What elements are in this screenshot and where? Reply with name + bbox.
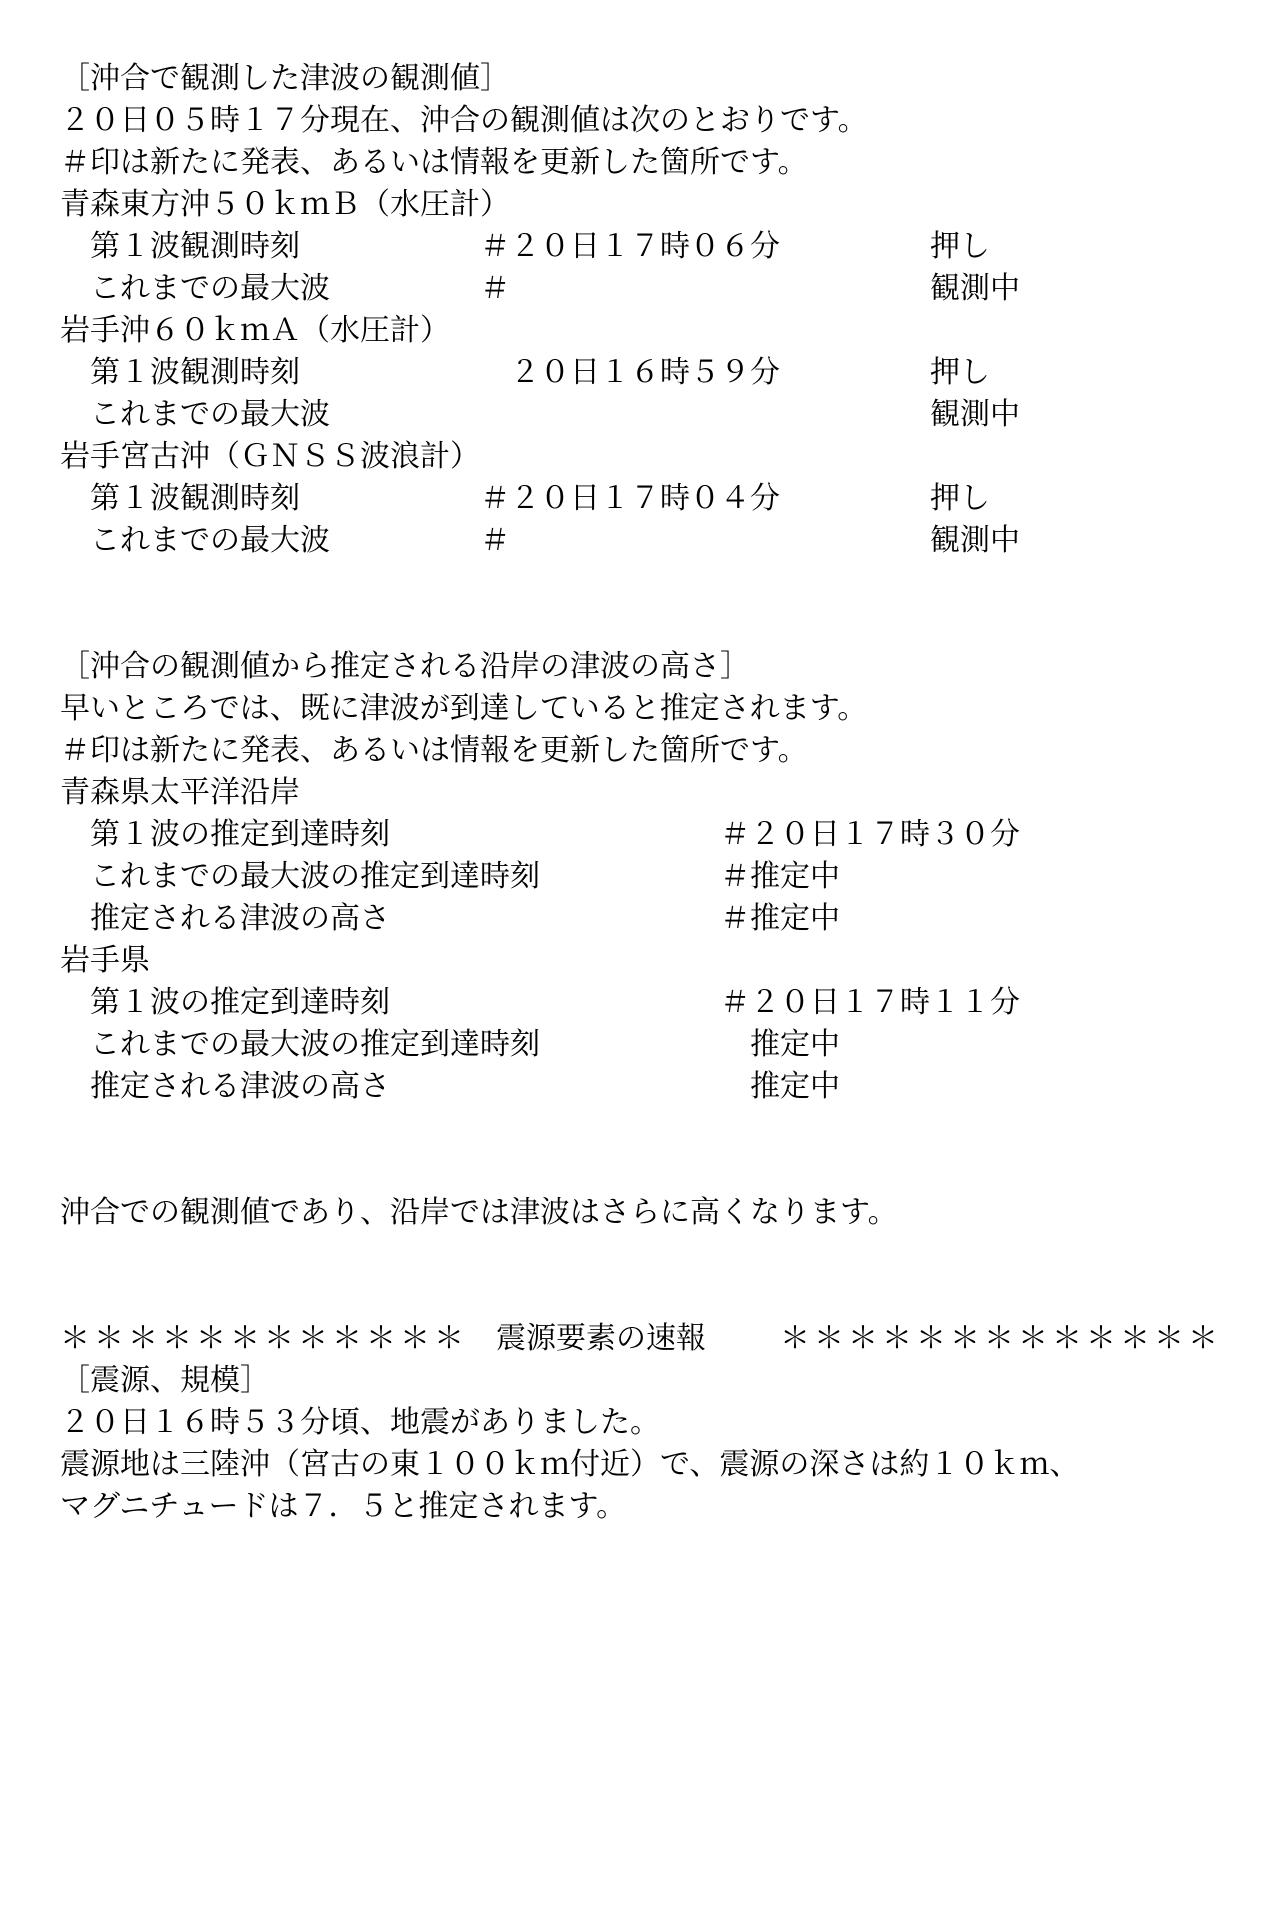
tsunami-height-estimate-row: 推定される津波の高さ ＃推定中: [60, 898, 1280, 940]
first-wave-arrival-estimate-row: 第１波の推定到達時刻 ＃２０日１７時３０分: [60, 814, 1280, 856]
tsunami-bulletin-document: ［沖合で観測した津波の観測値］２０日０５時１７分現在、沖合の観測値は次のとおりで…: [0, 0, 1280, 1920]
region-header-aomori-pacific-coast: 青森県太平洋沿岸: [60, 772, 1280, 814]
max-wave-arrival-estimate-row: これまでの最大波の推定到達時刻 ＃推定中: [60, 856, 1280, 898]
offshore-caution-note-line: 沖合での観測値であり、沿岸では津波はさらに高くなります。: [60, 1192, 1280, 1234]
hash-note-line: ＃印は新たに発表、あるいは情報を更新した箇所です。: [60, 730, 1280, 772]
estimated-coastal-height-section-title: ［沖合の観測値から推定される沿岸の津波の高さ］: [60, 646, 1280, 688]
blank-line: [60, 1234, 1280, 1276]
hash-note-line: ＃印は新たに発表、あるいは情報を更新した箇所です。: [60, 142, 1280, 184]
arrival-estimate-note-line: 早いところでは、既に津波が到達していると推定されます。: [60, 688, 1280, 730]
first-wave-observation-row: 第１波観測時刻 ＃２０日１７時０６分 押し: [60, 226, 1280, 268]
blank-line: [60, 1150, 1280, 1192]
offshore-observations-section-title: ［沖合で観測した津波の観測値］: [60, 58, 1280, 100]
hypocenter-section-title: ［震源、規模］: [60, 1360, 1280, 1402]
max-wave-observation-row: これまでの最大波 ＃ 観測中: [60, 268, 1280, 310]
station-header-iwate-miyako-oki: 岩手宮古沖（ＧＮＳＳ波浪計）: [60, 436, 1280, 478]
max-wave-observation-row: これまでの最大波 観測中: [60, 394, 1280, 436]
station-header-aomori-toho-oki: 青森東方沖５０ｋｍＢ（水圧計）: [60, 184, 1280, 226]
first-wave-observation-row: 第１波観測時刻 ＃２０日１７時０４分 押し: [60, 478, 1280, 520]
bulletin-page: ［沖合で観測した津波の観測値］２０日０５時１７分現在、沖合の観測値は次のとおりで…: [0, 0, 1280, 1920]
first-wave-arrival-estimate-row: 第１波の推定到達時刻 ＃２０日１７時１１分: [60, 982, 1280, 1024]
asterisk-divider-left: ＊＊＊＊＊＊＊＊＊＊＊＊: [60, 1322, 468, 1355]
station-header-iwate-oki: 岩手沖６０ｋｍＡ（水圧計）: [60, 310, 1280, 352]
earthquake-occurrence-line: ２０日１６時５３分頃、地震がありました。: [60, 1402, 1280, 1444]
region-header-iwate: 岩手県: [60, 940, 1280, 982]
max-wave-observation-row: これまでの最大波 ＃ 観測中: [60, 520, 1280, 562]
hypocenter-banner: ＊＊＊＊＊＊＊＊＊＊＊＊震源要素の速報＊＊＊＊＊＊＊＊＊＊＊＊＊: [60, 1318, 1280, 1360]
tsunami-height-estimate-row: 推定される津波の高さ 推定中: [60, 1066, 1280, 1108]
first-wave-observation-row: 第１波観測時刻 ２０日１６時５９分 押し: [60, 352, 1280, 394]
blank-line: [60, 1108, 1280, 1150]
blank-line: [60, 604, 1280, 646]
offshore-observations-asof-line: ２０日０５時１７分現在、沖合の観測値は次のとおりです。: [60, 100, 1280, 142]
epicenter-depth-line: 震源地は三陸沖（宮古の東１００ｋｍ付近）で、震源の深さは約１０ｋｍ、: [60, 1444, 1280, 1486]
asterisk-divider-right: ＊＊＊＊＊＊＊＊＊＊＊＊＊: [780, 1322, 1222, 1355]
magnitude-line: マグニチュードは７．５と推定されます。: [60, 1486, 1280, 1528]
max-wave-arrival-estimate-row: これまでの最大波の推定到達時刻 推定中: [60, 1024, 1280, 1066]
hypocenter-banner-title: 震源要素の速報: [496, 1322, 706, 1355]
blank-line: [60, 562, 1280, 604]
blank-line: [60, 1276, 1280, 1318]
